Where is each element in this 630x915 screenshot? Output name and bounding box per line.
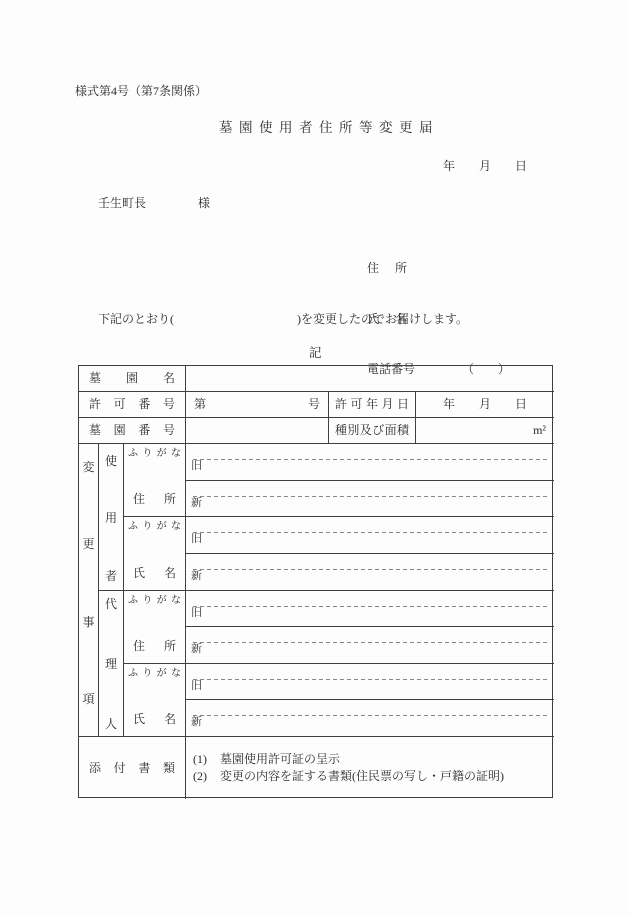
- user-address-label: 住所: [124, 492, 185, 507]
- change-char-4: 項: [82, 692, 94, 707]
- old-label: 旧: [191, 534, 202, 545]
- permit-date-label: 許可年月日: [335, 397, 409, 412]
- attachments-label-cell: 添付書類: [79, 737, 186, 799]
- agent-address-old-cell: 旧: [186, 591, 554, 628]
- old-label: 旧: [191, 681, 202, 692]
- agent-char-2: 理: [105, 657, 117, 672]
- type-area-label: 種別及び面積: [335, 423, 409, 438]
- sender-address-row: 住所: [367, 261, 510, 282]
- furigana-dash-line: [193, 715, 550, 716]
- attachment-text: 墓園使用許可証の呈示: [220, 752, 340, 767]
- addressee-row: 壬生町長 様: [98, 196, 210, 211]
- furigana-dash-line: [193, 606, 550, 607]
- user-char-2: 用: [105, 511, 117, 526]
- user-name-new-cell: 新: [186, 554, 554, 591]
- agent-address-new-cell: 新: [186, 627, 554, 664]
- furigana-dash-line: [193, 496, 550, 497]
- cemetery-number-label-cell: 墓園番号: [79, 418, 186, 444]
- furigana-dash-line: [193, 642, 550, 643]
- furigana-dash-line: [193, 532, 550, 533]
- furigana-dash-line: [193, 569, 550, 570]
- statement-close: )を変更したのでお届けします。: [297, 312, 468, 327]
- user-name-label: 氏名: [124, 566, 185, 581]
- user-address-label-cell: ふりがな 住所: [124, 444, 186, 517]
- change-char-2: 更: [82, 537, 94, 552]
- form-page: 様式第4号（第7条関係） 墓園使用者住所等変更届 年 月 日 壬生町長 様 住所…: [0, 0, 630, 915]
- agent-name-label-cell: ふりがな 氏名: [124, 664, 186, 737]
- form-number: 様式第4号（第7条関係）: [75, 84, 207, 99]
- agent-address-label-cell: ふりがな 住所: [124, 591, 186, 664]
- user-name-label-cell: ふりがな 氏名: [124, 517, 186, 590]
- attachments-list-cell: (1) 墓園使用許可証の呈示 (2) 変更の内容を証する書類(住民票の写し・戸籍…: [186, 737, 554, 799]
- user-name-old-cell: 旧: [186, 517, 554, 554]
- furigana-label: ふりがな: [124, 444, 185, 461]
- addressee-honorific: 様: [198, 196, 210, 211]
- agent-name-label: 氏名: [124, 712, 185, 727]
- cemetery-number-value-cell: [186, 418, 329, 444]
- agent-char-3: 人: [105, 717, 117, 732]
- sender-address-label: 住所: [367, 261, 407, 276]
- agent-column: 代 理 人: [99, 591, 124, 738]
- permit-no-prefix: 第: [194, 397, 206, 412]
- change-char-1: 変: [82, 460, 94, 475]
- attachment-number: (2): [193, 769, 220, 784]
- addressee: 壬生町長: [98, 196, 146, 211]
- permit-date-placeholder: 年 月 日: [443, 397, 527, 412]
- old-label: 旧: [191, 608, 202, 619]
- permit-number-label-cell: 許可番号: [79, 392, 186, 418]
- area-unit: m²: [533, 423, 546, 438]
- document-title: 墓園使用者住所等変更届: [219, 120, 439, 137]
- user-char-1: 使: [105, 454, 117, 469]
- statement-open: 下記のとおり(: [98, 312, 174, 327]
- new-label: 新: [191, 717, 202, 728]
- user-column: 使 用 者: [99, 444, 124, 591]
- type-area-label-cell: 種別及び面積: [329, 418, 416, 444]
- furigana-dash-line: [193, 459, 550, 460]
- form-table: 墓園名 許可番号 第 号 許可年月日 年 月 日 墓園番号 種別及び面積 m²: [78, 365, 553, 798]
- new-label: 新: [191, 644, 202, 655]
- furigana-label: ふりがな: [124, 517, 185, 534]
- user-char-3: 者: [105, 569, 117, 584]
- cemetery-name-value-cell: [186, 366, 554, 392]
- permit-number-value-cell: 第 号: [186, 392, 329, 418]
- attachment-number: (1): [193, 752, 220, 767]
- attachments-label: 添付書類: [89, 761, 175, 776]
- attachment-item-2: (2) 変更の内容を証する書類(住民票の写し・戸籍の証明): [193, 769, 554, 784]
- date-line: 年 月 日: [443, 159, 527, 174]
- attachment-text: 変更の内容を証する書類(住民票の写し・戸籍の証明): [220, 769, 504, 784]
- new-label: 新: [191, 498, 202, 509]
- agent-char-1: 代: [105, 597, 117, 612]
- permit-date-value-cell: 年 月 日: [416, 392, 554, 418]
- agent-name-old-cell: 旧: [186, 664, 554, 701]
- new-label: 新: [191, 571, 202, 582]
- agent-name-new-cell: 新: [186, 700, 554, 737]
- change-items-column: 変 更 事 項: [79, 444, 99, 737]
- permit-date-label-cell: 許可年月日: [329, 392, 416, 418]
- furigana-label: ふりがな: [124, 664, 185, 681]
- change-char-3: 事: [82, 615, 94, 630]
- cemetery-name-label: 墓園名: [89, 371, 175, 386]
- user-address-new-cell: 新: [186, 481, 554, 518]
- permit-no-suffix: 号: [308, 397, 320, 412]
- furigana-dash-line: [193, 679, 550, 680]
- old-label: 旧: [191, 461, 202, 472]
- cemetery-name-label-cell: 墓園名: [79, 366, 186, 392]
- permit-number-label: 許可番号: [89, 397, 175, 412]
- furigana-label: ふりがな: [124, 591, 185, 608]
- user-address-old-cell: 旧: [186, 444, 554, 481]
- attachment-item-1: (1) 墓園使用許可証の呈示: [193, 752, 554, 767]
- type-area-value-cell: m²: [416, 418, 554, 444]
- cemetery-number-label: 墓園番号: [89, 423, 175, 438]
- agent-address-label: 住所: [124, 639, 185, 654]
- record-heading: 記: [309, 346, 322, 362]
